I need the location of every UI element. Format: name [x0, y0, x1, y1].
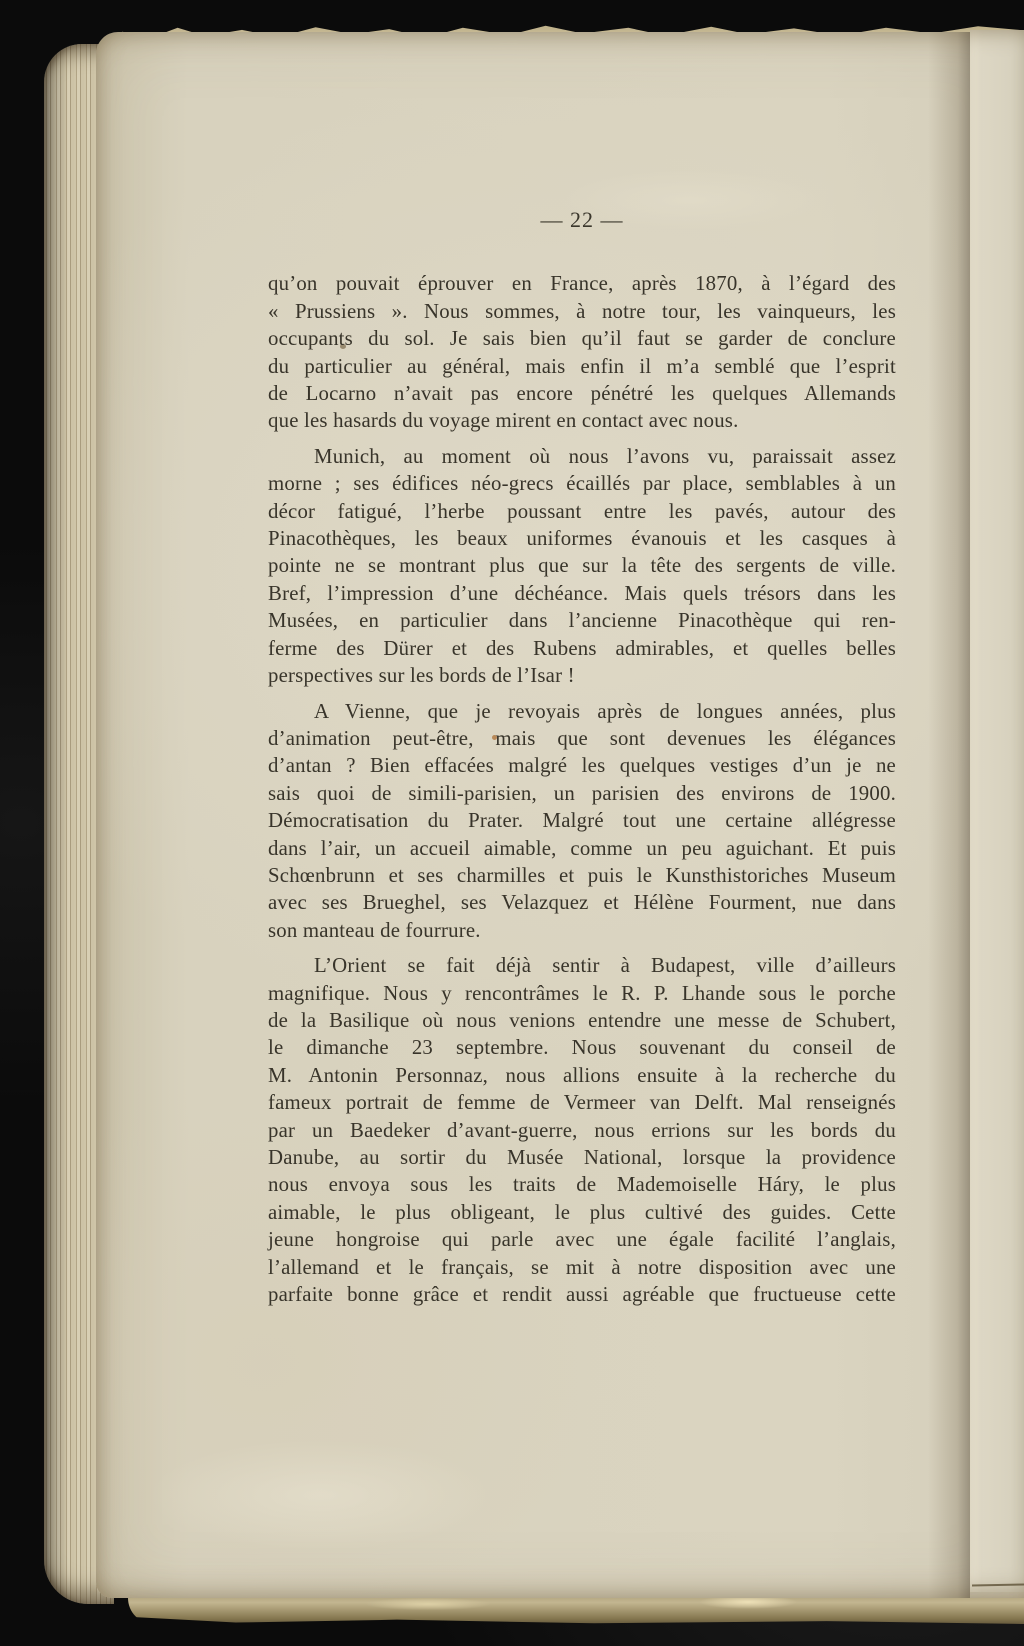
text-line: aimable, le plus obligeant, le plus cult…: [268, 1199, 896, 1226]
text-line: d’animation peut-être, mais que sont dev…: [268, 725, 896, 752]
text-line: Danube, au sortir du Musée National, lor…: [268, 1144, 896, 1171]
text-line: l’allemand et le français, se mit à notr…: [268, 1254, 896, 1281]
text-line: le dimanche 23 septembre. Nous souvenant…: [268, 1034, 896, 1061]
text-line: son manteau de fourrure.: [268, 917, 896, 944]
next-page-sliver: [970, 30, 1024, 1592]
text-line: avec ses Brueghel, ses Velazquez et Hélè…: [268, 889, 896, 916]
text-line: Bref, l’impression d’une déchéance. Mais…: [268, 580, 896, 607]
paragraph: Munich, au moment où nous l’avons vu, pa…: [268, 443, 896, 690]
text-line: morne ; ses édifices néo-grecs écaillés …: [268, 470, 896, 497]
text-line: par un Baedeker d’avant-guerre, nous err…: [268, 1117, 896, 1144]
text-line: nous envoya sous les traits de Mademoise…: [268, 1171, 896, 1198]
text-line: que les hasards du voyage mirent en cont…: [268, 407, 896, 434]
text-line: de la Basilique où nous venions entendre…: [268, 1007, 896, 1034]
text-line: de Locarno n’avait pas encore pénétré le…: [268, 380, 896, 407]
paragraph: A Vienne, que je revoyais après de longu…: [268, 698, 896, 945]
text-body: qu’on pouvait éprouver en France, après …: [268, 270, 896, 1308]
text-line: Schœnbrunn et ses charmilles et puis le …: [268, 862, 896, 889]
text-line: occupants du sol. Je sais bien qu’il fau…: [268, 325, 896, 352]
text-line: ferme des Dürer et des Rubens admirables…: [268, 635, 896, 662]
text-line: d’antan ? Bien effacées malgré les quelq…: [268, 752, 896, 779]
paper-wrinkle-highlight: [150, 1440, 490, 1550]
text-line: qu’on pouvait éprouver en France, après …: [268, 270, 896, 297]
text-line: M. Antonin Personnaz, nous allions ensui…: [268, 1062, 896, 1089]
text-line: « Prussiens ». Nous sommes, à notre tour…: [268, 298, 896, 325]
text-line: jeune hongroise qui parle avec une égale…: [268, 1226, 896, 1253]
page-text-block: — 22 — qu’on pouvait éprouver en France,…: [268, 206, 896, 1308]
text-line: perspectives sur les bords de l’Isar !: [268, 662, 896, 689]
text-line: du particulier au général, mais enfin il…: [268, 353, 896, 380]
text-line: Démocratisation du Prater. Malgré tout u…: [268, 807, 896, 834]
text-line: pointe ne se montrant plus que sur la tê…: [268, 552, 896, 579]
text-line: fameux portrait de femme de Vermeer van …: [268, 1089, 896, 1116]
text-line: L’Orient se fait déjà sentir à Budapest,…: [268, 952, 896, 979]
page-number-header: — 22 —: [268, 206, 896, 233]
paragraph: qu’on pouvait éprouver en France, après …: [268, 270, 896, 434]
text-line: Musées, en particulier dans l’ancienne P…: [268, 607, 896, 634]
gutter-crease-shadow: [928, 32, 970, 1598]
text-line: magnifique. Nous y rencontrâmes le R. P.…: [268, 980, 896, 1007]
text-line: décor fatigué, l’herbe poussant entre le…: [268, 498, 896, 525]
text-line: parfaite bonne grâce et rendit aussi agr…: [268, 1281, 896, 1308]
text-line: sais quoi de simili-parisien, un parisie…: [268, 780, 896, 807]
text-line: Pinacothèques, les beaux uniformes évano…: [268, 525, 896, 552]
text-line: dans l’air, un accueil aimable, comme un…: [268, 835, 896, 862]
text-line: A Vienne, que je revoyais après de longu…: [268, 698, 896, 725]
text-line: Munich, au moment où nous l’avons vu, pa…: [268, 443, 896, 470]
paragraph: L’Orient se fait déjà sentir à Budapest,…: [268, 952, 896, 1308]
